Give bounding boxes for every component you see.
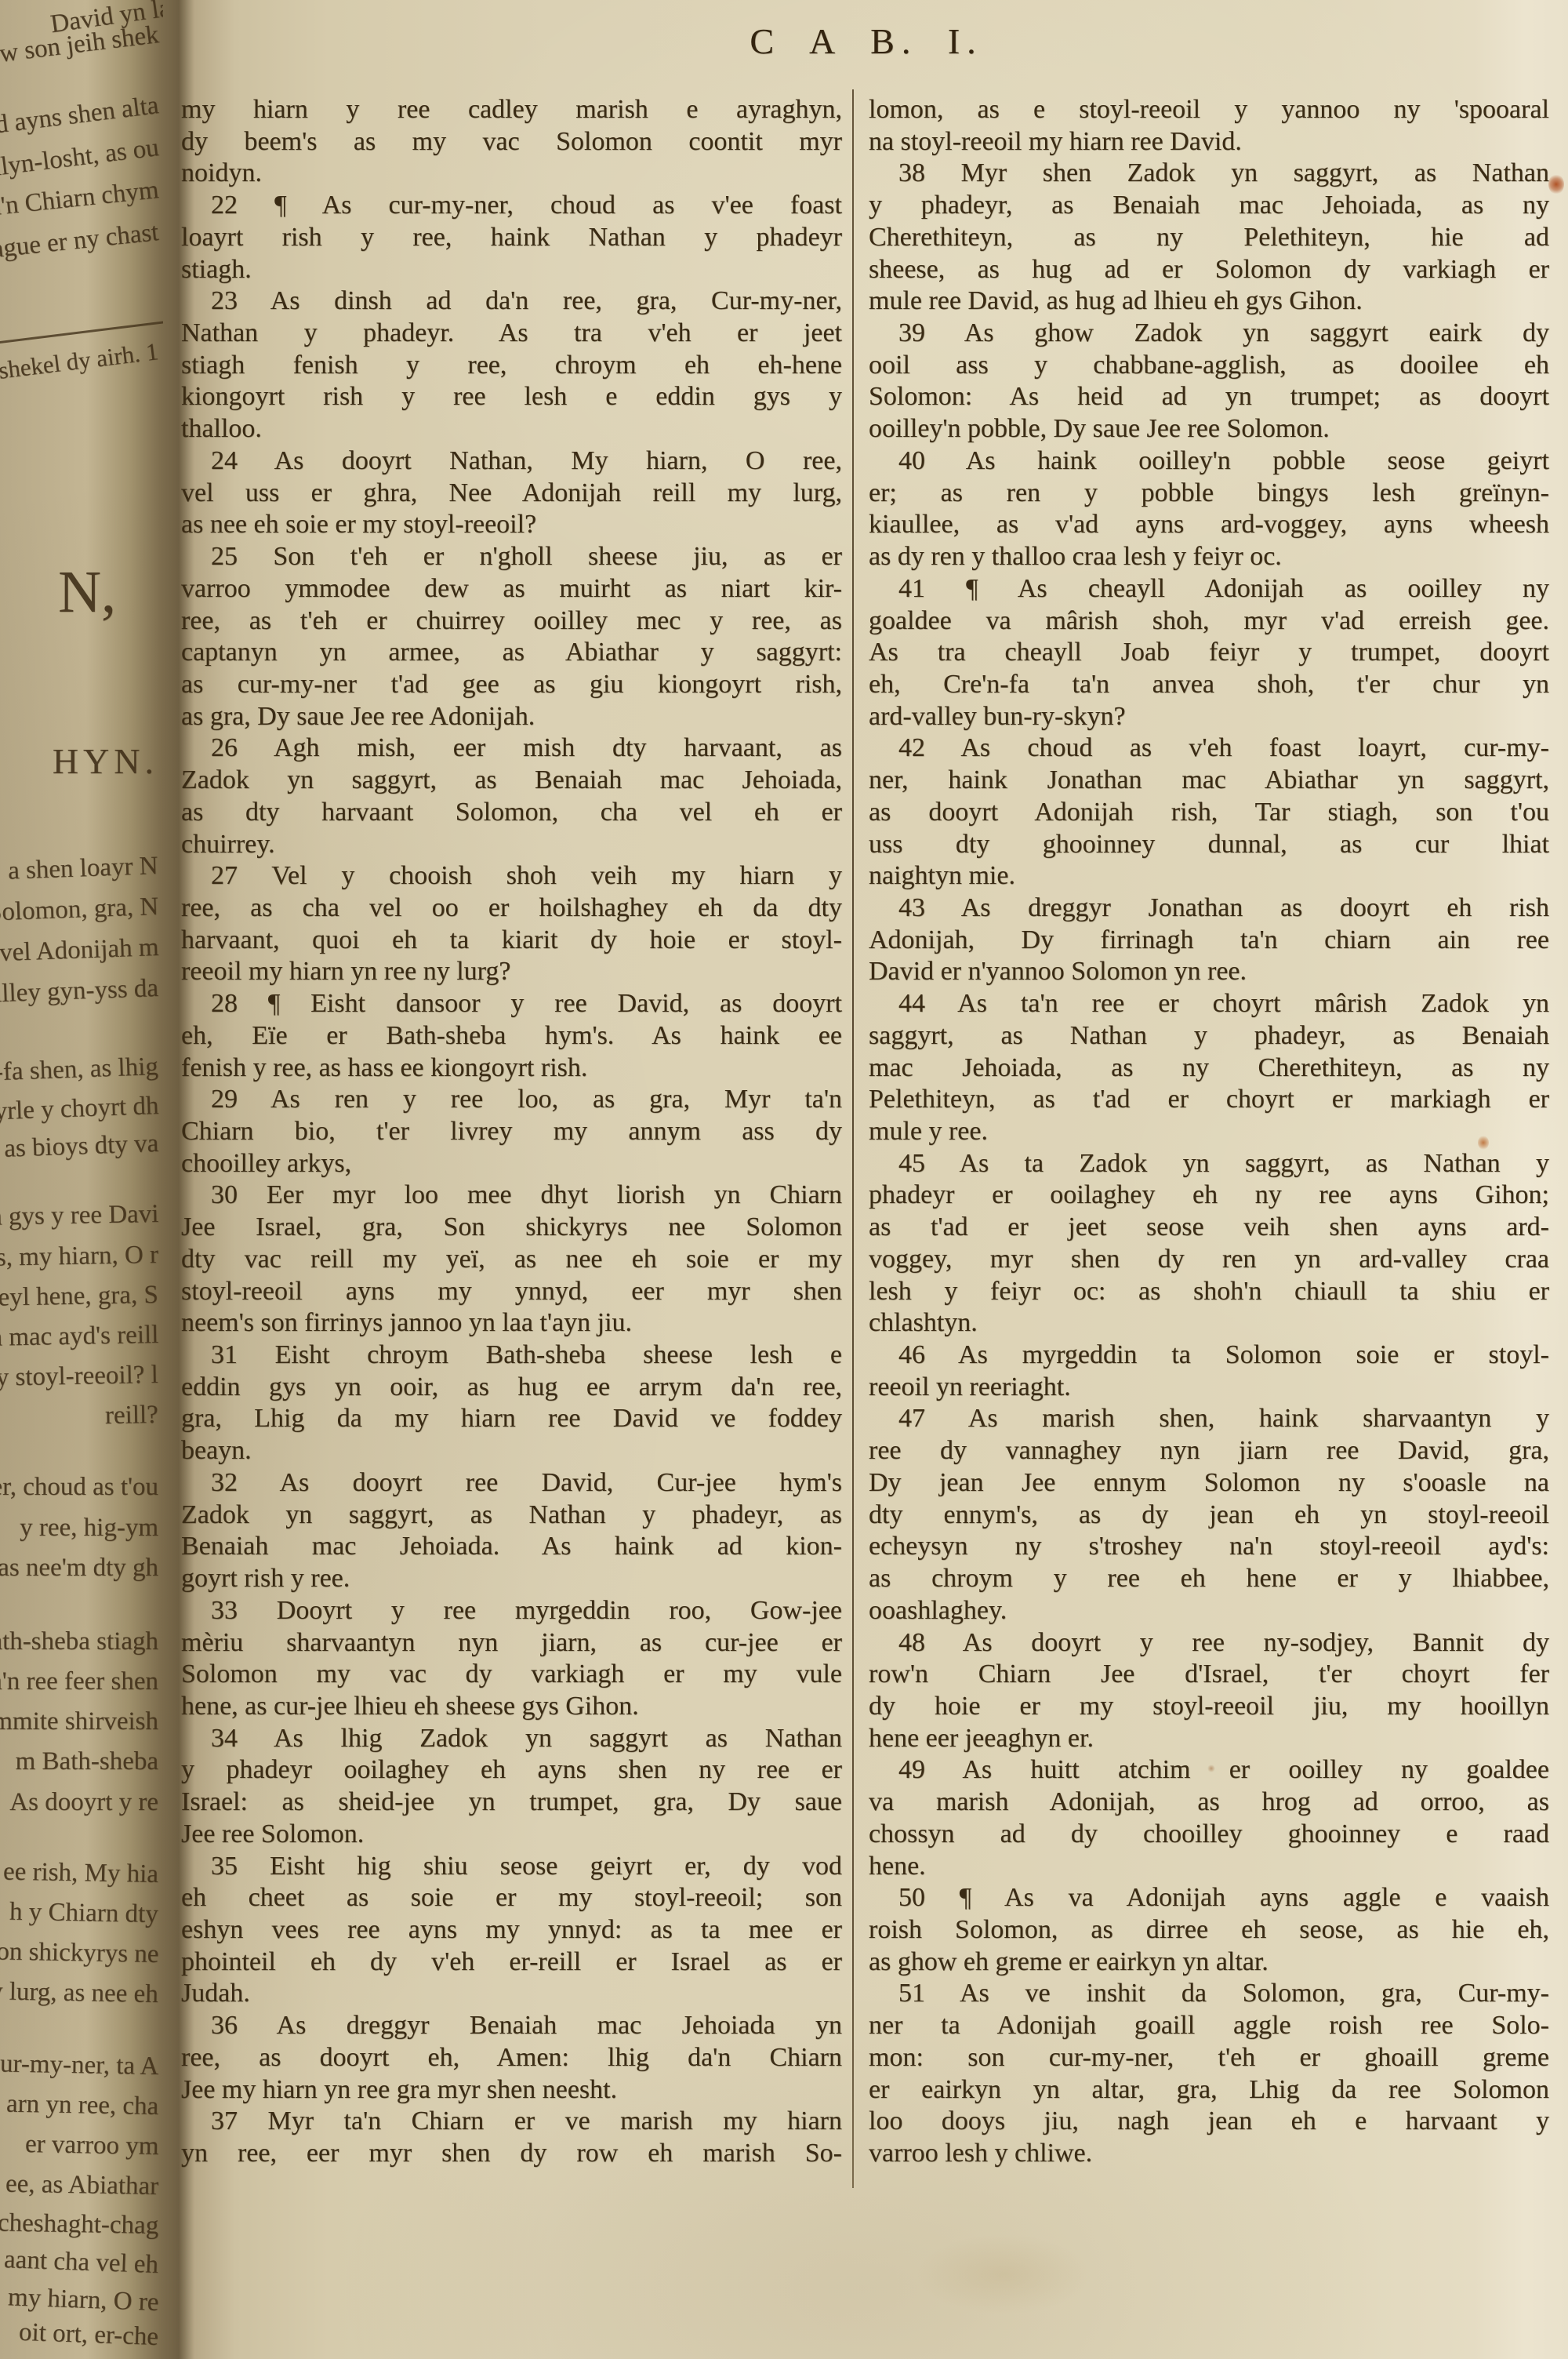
text-line: as nee eh soie er my stoyl-reeoil? bbox=[181, 509, 842, 541]
text-line: 47 As marish shen, haink sharvaantyn y bbox=[869, 1403, 1549, 1435]
text-line: Jee ree Solomon. bbox=[181, 1819, 842, 1851]
facing-page-text-fragment: , as nee'm dty gh bbox=[0, 1554, 158, 1583]
text-line: mon: son cur-my-ner, t'eh er ghoaill gre… bbox=[869, 2042, 1549, 2074]
text-line: eh cheet as soie er my stoyl-reeoil; son bbox=[181, 1882, 842, 1914]
text-line: 29 As ren y ree loo, as gra, Myr ta'n bbox=[181, 1084, 842, 1116]
text-line: uss dty ghooinney dunnal, as cur lhiat bbox=[869, 829, 1549, 861]
text-line: yn ree, eer myr shen dy row eh marish So… bbox=[181, 2138, 842, 2170]
text-line: 51 As ve inshit da Solomon, gra, Cur-my- bbox=[869, 1978, 1549, 2010]
book-page: David yn laay dew son jeih shekavid ayns… bbox=[0, 0, 1568, 2359]
text-line: stiagh. bbox=[181, 254, 842, 286]
text-line: 48 As dooyrt y ree ny-sodjey, Bannit dy bbox=[869, 1627, 1549, 1659]
text-line: 46 As myrgeddin ta Solomon soie er stoyl… bbox=[869, 1339, 1549, 1372]
text-line: row'n Chiarn Jee d'Israel, t'er choyrt f… bbox=[869, 1659, 1549, 1691]
facing-page-text-fragment: ee, as Abiathar bbox=[5, 2170, 159, 2201]
facing-page-text-fragment: nammite shirveish bbox=[0, 1707, 158, 1736]
text-line: lesh y feiyr oc: as shoh'n chiaull ta sh… bbox=[869, 1276, 1549, 1308]
text-line: chlashtyn. bbox=[869, 1307, 1549, 1339]
text-line: kiaullee, as v'ad ayns ard-voggey, ayns … bbox=[869, 509, 1549, 541]
text-line: ooil ass y chabbane-agglish, as dooilee … bbox=[869, 350, 1549, 382]
facing-page-text-fragment: er varroo ym bbox=[24, 2130, 158, 2161]
text-line: neem's son firrinys jannoo yn laa t'ayn … bbox=[181, 1307, 842, 1339]
facing-page-text-fragment: ss, my hiarn, O r bbox=[0, 1241, 158, 1273]
text-line: Zadok yn saggyrt, as Benaiah mac Jehoiad… bbox=[181, 765, 842, 797]
text-line: stoyl-reeoil ayns my ynnyd, eer myr shen bbox=[181, 1276, 842, 1308]
left-text-column: my hiarn y ree cadley marish e ayraghyn,… bbox=[181, 94, 842, 2170]
text-line: Benaiah mac Jehoiada. As haink ad kion- bbox=[181, 1531, 842, 1563]
text-line: hene, as cur-jee lhieu eh sheese gys Gih… bbox=[181, 1691, 842, 1723]
text-line: ner ta Adonijah goaill aggle roish ree S… bbox=[869, 2010, 1549, 2042]
facing-page-text-fragment: vel Adonijah m bbox=[0, 933, 159, 968]
facing-page-text-fragment: aant cha vel eh bbox=[4, 2245, 159, 2280]
facing-page-text-fragment: my hiarn, O re bbox=[7, 2283, 159, 2317]
text-line: er; as ren y pobble bingys lesh greïnyn- bbox=[869, 478, 1549, 510]
text-line: naightyn mie. bbox=[869, 860, 1549, 892]
text-line: dty vac reill my yeï, as nee eh soie er … bbox=[181, 1244, 842, 1276]
text-line: ooashlaghey. bbox=[869, 1595, 1549, 1627]
text-line: goaldee va mârish shoh, myr v'ad erreish… bbox=[869, 605, 1549, 638]
text-line: 31 Eisht chroym Bath-sheba sheese lesh e bbox=[181, 1339, 842, 1372]
facing-page-text-fragment: y lurg, as nee eh bbox=[0, 1977, 158, 2009]
text-line: 34 As lhig Zadok yn saggyrt as Nathan bbox=[181, 1723, 842, 1755]
facing-page-text-fragment: ooilley gyn-yss da bbox=[0, 974, 159, 1009]
text-line: reeoil yn reeriaght. bbox=[869, 1372, 1549, 1404]
text-line: 22 ¶ As cur-my-ner, choud as v'ee foast bbox=[181, 190, 842, 222]
column-divider-rule bbox=[852, 89, 854, 2188]
text-line: Dy jean Jee ennym Solomon ny s'ooasle na bbox=[869, 1467, 1549, 1499]
text-line: David er n'yannoo Solomon yn ree. bbox=[869, 956, 1549, 988]
text-line: saggyrt, as Nathan y phadeyr, as Benaiah bbox=[869, 1020, 1549, 1052]
text-line: loayrt rish y ree, haink Nathan y phadey… bbox=[181, 222, 842, 254]
facing-page-text-fragment: yn mac ayd's reill bbox=[0, 1321, 158, 1353]
text-line: stiagh fenish y ree, chroym eh eh-hene bbox=[181, 350, 842, 382]
facing-page-text-fragment: Bath-sheba stiagh bbox=[0, 1627, 158, 1656]
text-line: as dy ren y thalloo craa lesh y feiyr oc… bbox=[869, 541, 1549, 573]
text-line: 43 As dreggyr Jonathan as dooyrt eh rish bbox=[869, 892, 1549, 925]
facing-page-text-fragment: HYN. bbox=[53, 740, 158, 782]
text-line: lomon, as e stoyl-reeoil y yannoo ny 'sp… bbox=[869, 94, 1549, 126]
text-line: 24 As dooyrt Nathan, My hiarn, O ree, bbox=[181, 445, 842, 478]
text-line: eh, Cre'n-fa ta'n anvea shoh, t'er chur … bbox=[869, 669, 1549, 701]
text-line: sheese, as hug ad er Solomon dy varkiagh… bbox=[869, 254, 1549, 286]
facing-page-text-fragment: h y Chiarn dty bbox=[9, 1898, 158, 1929]
page-stain bbox=[902, 2227, 1105, 2321]
text-line: 44 As ta'n ree er choyrt mârish Zadok yn bbox=[869, 988, 1549, 1020]
text-line: 37 Myr ta'n Chiarn er ve marish my hiarn bbox=[181, 2106, 842, 2138]
text-line: eddin gys yn ooir, as hug ee arrym da'n … bbox=[181, 1372, 842, 1404]
text-line: ner, haink Jonathan mac Abiathar yn sagg… bbox=[869, 765, 1549, 797]
facing-page-edge: David yn laay dew son jeih shekavid ayns… bbox=[0, 0, 163, 2359]
text-line: 30 Eer myr loo mee dhyt liorish yn Chiar… bbox=[181, 1179, 842, 1212]
text-line: ree, as cha vel oo er hoilshaghey eh da … bbox=[181, 892, 842, 925]
text-line: Solomon my vac dy varkiagh er my vule bbox=[181, 1659, 842, 1691]
text-line: 41 ¶ As cheayll Adonijah as ooilley ny bbox=[869, 573, 1549, 605]
facing-page-text-fragment: oit ort, er-che bbox=[18, 2318, 158, 2352]
facing-page-text-fragment: ee rish, My hia bbox=[3, 1858, 159, 1889]
text-line: captanyn yn armee, as Abiathar y saggyrt… bbox=[181, 637, 842, 669]
facing-page-text-fragment: y ree, hig-ym bbox=[20, 1514, 158, 1543]
text-line: 26 Agh mish, eer mish dty harvaant, as bbox=[181, 732, 842, 765]
text-line: 25 Son t'eh er n'gholl sheese jiu, as er bbox=[181, 541, 842, 573]
text-line: Zadok yn saggyrt, as Nathan y phadeyr, a… bbox=[181, 1499, 842, 1532]
text-line: na stoyl-reeoil my hiarn ree David. bbox=[869, 126, 1549, 158]
text-line: 27 Vel y chooish shoh veih my hiarn y bbox=[181, 860, 842, 892]
text-line: as t'ad er jeet seose veih shen ayns ard… bbox=[869, 1212, 1549, 1244]
text-line: kiongoyrt rish y ree lesh e eddin gys y bbox=[181, 381, 842, 413]
text-line: 49 As huitt atchim er ooilley ny goaldee bbox=[869, 1754, 1549, 1787]
facing-page-text-fragment: va'n ree feer shen bbox=[0, 1667, 158, 1696]
text-line: my hiarn y ree cadley marish e ayraghyn, bbox=[181, 94, 842, 126]
facing-page-text-fragment: ur-my-ner, ta A bbox=[0, 2049, 158, 2081]
facing-page-text-fragment: r-y-fa shen, as lhig bbox=[0, 1052, 159, 1089]
text-line: Cherethiteyn, as ny Pelethiteyn, hie ad bbox=[869, 222, 1549, 254]
text-line: Solomon: As heid ad yn trumpet; as dooyr… bbox=[869, 381, 1549, 413]
text-line: ree, as dooyrt eh, Amen: lhig da'n Chiar… bbox=[181, 2042, 842, 2074]
text-line: voggey, myr shen dy ren yn ard-valley cr… bbox=[869, 1244, 1549, 1276]
text-line: eh, Eïe er Bath-sheba hym's. As haink ee bbox=[181, 1020, 842, 1052]
text-line: dy beem's as my vac Solomon coontit myr bbox=[181, 126, 842, 158]
text-line: thalloo. bbox=[181, 413, 842, 445]
text-line: as chroym y ree eh hene er y lhiabbee, bbox=[869, 1563, 1549, 1595]
text-line: 23 As dinsh ad da'n ree, gra, Cur-my-ner… bbox=[181, 285, 842, 318]
facing-page-text-fragment: a shen loayr N bbox=[8, 852, 159, 886]
text-line: Jee my hiarn yn ree gra myr shen neesht. bbox=[181, 2074, 842, 2106]
text-line: y phadeyr, as Benaiah mac Jehoiada, as n… bbox=[869, 190, 1549, 222]
text-line: Pelethiteyn, as t'ad er choyrt er markia… bbox=[869, 1084, 1549, 1116]
text-line: mac Jehoiada, as ny Cherethiteyn, as ny bbox=[869, 1052, 1549, 1085]
text-line: ree dy vannaghey nyn jiarn ree David, gr… bbox=[869, 1435, 1549, 1467]
facing-page-text-fragment: va'n Chiarn chym bbox=[0, 176, 160, 224]
text-line: as cur-my-ner t'ad gee as giu kiongoyrt … bbox=[181, 669, 842, 701]
text-line: phointeil eh dy v'eh er-reill er Israel … bbox=[181, 1946, 842, 1979]
right-text-column: lomon, as e stoyl-reeoil y yannoo ny 'sp… bbox=[869, 94, 1549, 2170]
page-stain bbox=[1548, 174, 1564, 194]
text-line: Israel: as sheid-jee yn trumpet, gra, Dy… bbox=[181, 1787, 842, 1819]
facing-page-text-fragment: -veyl hene, gra, S bbox=[0, 1281, 158, 1313]
text-line: as dooyrt Adonijah rish, Tar stiagh, son… bbox=[869, 797, 1549, 829]
text-line: hene. bbox=[869, 1851, 1549, 1883]
text-line: ard-valley bun-ry-skyn? bbox=[869, 701, 1549, 733]
facing-page-text-fragment: arn yn ree, cha bbox=[5, 2090, 158, 2121]
text-line: chuirrey. bbox=[181, 829, 842, 861]
text-line: y phadeyr ooilaghey eh ayns shen ny ree … bbox=[181, 1754, 842, 1787]
text-line: 39 As ghow Zadok yn saggyrt eairk dy bbox=[869, 318, 1549, 350]
text-line: 28 ¶ Eisht dansoor y ree David, as dooyr… bbox=[181, 988, 842, 1020]
text-line: chooilley arkys, bbox=[181, 1148, 842, 1180]
text-line: 50 ¶ As va Adonijah ayns aggle e vaaish bbox=[869, 1882, 1549, 1914]
text-line: 40 As haink ooilley'n pobble seose geiyr… bbox=[869, 445, 1549, 478]
text-line: Chiarn bio, t'er livrey my annym ass dy bbox=[181, 1116, 842, 1148]
text-line: 36 As dreggyr Benaiah mac Jehoiada yn bbox=[181, 2010, 842, 2042]
facing-page-text-fragment: plague er ny chast bbox=[0, 218, 160, 267]
text-line: as dty harvaant Solomon, cha vel eh er bbox=[181, 797, 842, 829]
text-line: dy hoie er my stoyl-reeoil jiu, my hooil… bbox=[869, 1691, 1549, 1723]
text-line: roish Solomon, as dirree eh seose, as hi… bbox=[869, 1914, 1549, 1946]
text-line: varroo lesh y chliwe. bbox=[869, 2138, 1549, 2170]
text-line: 42 As choud as v'eh foast loayrt, cur-my… bbox=[869, 732, 1549, 765]
text-line: phadeyr er ooilaghey eh ny ree ayns Giho… bbox=[869, 1179, 1549, 1212]
facing-page-text-fragment: cheshaght-chag bbox=[0, 2208, 158, 2241]
facing-page-text-fragment: Solomon, gra, N bbox=[0, 892, 159, 928]
text-line: ree, as t'eh er chuirrey ooilley mec y r… bbox=[181, 605, 842, 638]
facing-page-text-fragment: my stoyl-reeoil? l bbox=[0, 1361, 158, 1393]
text-line: va marish Adonijah, as hrog ad orroo, as bbox=[869, 1787, 1549, 1819]
text-line: Adonijah, Dy firrinagh ta'n chiarn ain r… bbox=[869, 925, 1549, 957]
text-line: mule y ree. bbox=[869, 1116, 1549, 1148]
facing-page-text-fragment: agh gys y ree Davi bbox=[0, 1200, 158, 1232]
text-line: reeoil my hiarn yn ree ny lurg? bbox=[181, 956, 842, 988]
text-line: 45 As ta Zadok yn saggyrt, as Nathan y bbox=[869, 1148, 1549, 1180]
text-line: hene eer jeeaghyn er. bbox=[869, 1723, 1549, 1755]
text-line: loo dooys jiu, nagh jean eh e harvaant y bbox=[869, 2106, 1549, 2138]
facing-page-text-fragment: e, as bioys dty va bbox=[0, 1129, 159, 1165]
text-line: as ghow eh greme er eairkyn yn altar. bbox=[869, 1946, 1549, 1979]
text-line: mèriu sharvaantyn nyn jiarn, as cur-jee … bbox=[181, 1627, 842, 1659]
text-line: fenish y ree, as hass ee kiongoyrt rish. bbox=[181, 1052, 842, 1085]
text-line: echeysyn ny s'troshey na'n stoyl-reeoil … bbox=[869, 1531, 1549, 1563]
text-line: varroo ymmodee dew as muirht as niart ki… bbox=[181, 573, 842, 605]
facing-page-text-fragment: oyrle y choyrt dh bbox=[0, 1092, 159, 1127]
text-line: vel uss er ghra, Nee Adonijah reill my l… bbox=[181, 478, 842, 510]
text-line: 33 Dooyrt y ree myrgeddin roo, Gow-jee bbox=[181, 1595, 842, 1627]
text-line: gra, Lhig da my hiarn ree David ve fodde… bbox=[181, 1403, 842, 1435]
text-line: eshyn vees ree ayns my ynnyd: as ta mee … bbox=[181, 1914, 842, 1946]
text-line: as gra, Dy saue Jee ree Adonijah. bbox=[181, 701, 842, 733]
facing-page-text-fragment: Son shickyrys ne bbox=[0, 1937, 158, 1969]
text-line: harvaant, quoi eh ta kiarit dy hoie er s… bbox=[181, 925, 842, 957]
text-line: noidyn. bbox=[181, 158, 842, 190]
text-line: er eairkyn yn altar, gra, Lhig da ree So… bbox=[869, 2074, 1549, 2106]
facing-page-text-fragment: ead shekel dy airh. 1 bbox=[0, 337, 160, 390]
text-line: 38 Myr shen Zadok yn saggyrt, as Nathan bbox=[869, 158, 1549, 190]
text-line: Judah. bbox=[181, 1978, 842, 2010]
text-line: beayn. bbox=[181, 1435, 842, 1467]
text-line: chossyn ad dy chooilley ghooinney e raad bbox=[869, 1819, 1549, 1851]
facing-page-text-fragment: N, bbox=[58, 558, 116, 627]
chapter-heading: C A B. I. bbox=[180, 20, 1552, 62]
text-line: goyrt rish y ree. bbox=[181, 1563, 842, 1595]
text-line: As tra cheayll Joab feiyr y trumpet, doo… bbox=[869, 637, 1549, 669]
text-line: ooilley'n pobble, Dy saue Jee ree Solomo… bbox=[869, 413, 1549, 445]
facing-page-text-fragment: m Bath-sheba bbox=[16, 1747, 158, 1776]
text-line: 32 As dooyrt ree David, Cur-jee hym's bbox=[181, 1467, 842, 1499]
text-line: dty ennym's, as dy jean eh yn stoyl-reeo… bbox=[869, 1499, 1549, 1532]
text-line: 35 Eisht hig shiu seose geiyrt er, dy vo… bbox=[181, 1851, 842, 1883]
facing-page-text-fragment: As dooyrt y re bbox=[9, 1788, 158, 1817]
facing-page-text-fragment: reill? bbox=[105, 1401, 158, 1430]
facing-page-text-fragment: er, choud as t'ou bbox=[0, 1473, 158, 1502]
text-line: Nathan y phadeyr. As tra v'eh er jeet bbox=[181, 318, 842, 350]
text-line: Jee Israel, gra, Son shickyrys nee Solom… bbox=[181, 1212, 842, 1244]
text-line: mule ree David, as hug ad lhieu eh gys G… bbox=[869, 285, 1549, 318]
